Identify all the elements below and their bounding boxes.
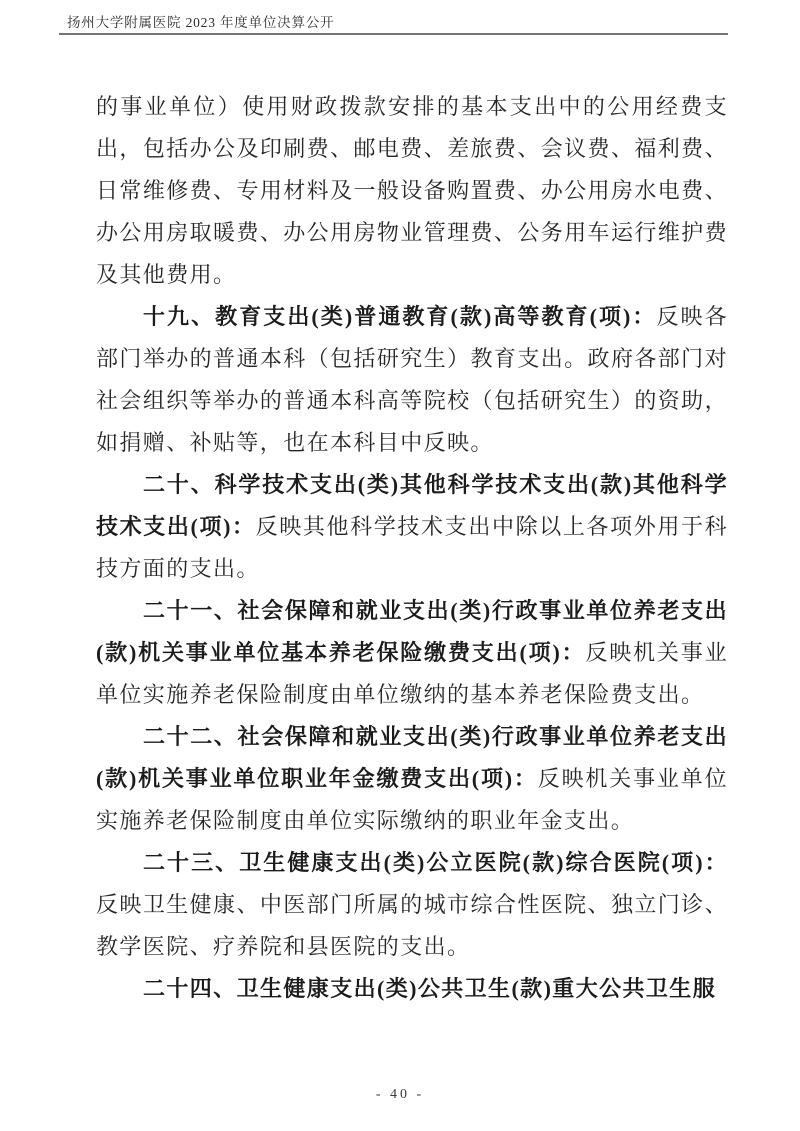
paragraph-lead: 二十三、卫生健康支出(类)公立医院(款)综合医院(项)： xyxy=(143,850,728,875)
paragraph-item-19: 十九、教育支出(类)普通教育(款)高等教育(项)：反映各部门举办的普通本科（包括… xyxy=(96,296,728,464)
paragraph-lead: 二十四、卫生健康支出(类)公共卫生(款)重大公共卫生服 xyxy=(143,976,716,1001)
paragraph-lead: 十九、教育支出(类)普通教育(款)高等教育(项)： xyxy=(143,304,656,329)
paragraph-item-21: 二十一、社会保障和就业支出(类)行政事业单位养老支出(款)机关事业单位基本养老保… xyxy=(96,590,728,716)
paragraph-text: 反映卫生健康、中医部门所属的城市综合性医院、独立门诊、教学医院、疗养院和县医院的… xyxy=(96,892,728,959)
header-title: 扬州大学附属医院 2023 年度单位决算公开 xyxy=(67,11,334,31)
paragraph-item-22: 二十二、社会保障和就业支出(类)行政事业单位养老支出(款)机关事业单位职业年金缴… xyxy=(96,716,728,842)
paragraph-continued: 的事业单位）使用财政拨款安排的基本支出中的公用经费支出，包括办公及印刷费、邮电费… xyxy=(96,86,728,296)
document-body: 的事业单位）使用财政拨款安排的基本支出中的公用经费支出，包括办公及印刷费、邮电费… xyxy=(96,86,728,1010)
paragraph-text: 的事业单位）使用财政拨款安排的基本支出中的公用经费支出，包括办公及印刷费、邮电费… xyxy=(96,94,728,287)
paragraph-item-24: 二十四、卫生健康支出(类)公共卫生(款)重大公共卫生服 xyxy=(96,968,728,1010)
page-number: - 40 - xyxy=(0,1087,800,1103)
header-rule xyxy=(59,33,728,35)
document-page: 扬州大学附属医院 2023 年度单位决算公开 的事业单位）使用财政拨款安排的基本… xyxy=(0,0,800,1131)
paragraph-item-20: 二十、科学技术支出(类)其他科学技术支出(款)其他科学技术支出(项)：反映其他科… xyxy=(96,464,728,590)
paragraph-item-23: 二十三、卫生健康支出(类)公立医院(款)综合医院(项)：反映卫生健康、中医部门所… xyxy=(96,842,728,968)
